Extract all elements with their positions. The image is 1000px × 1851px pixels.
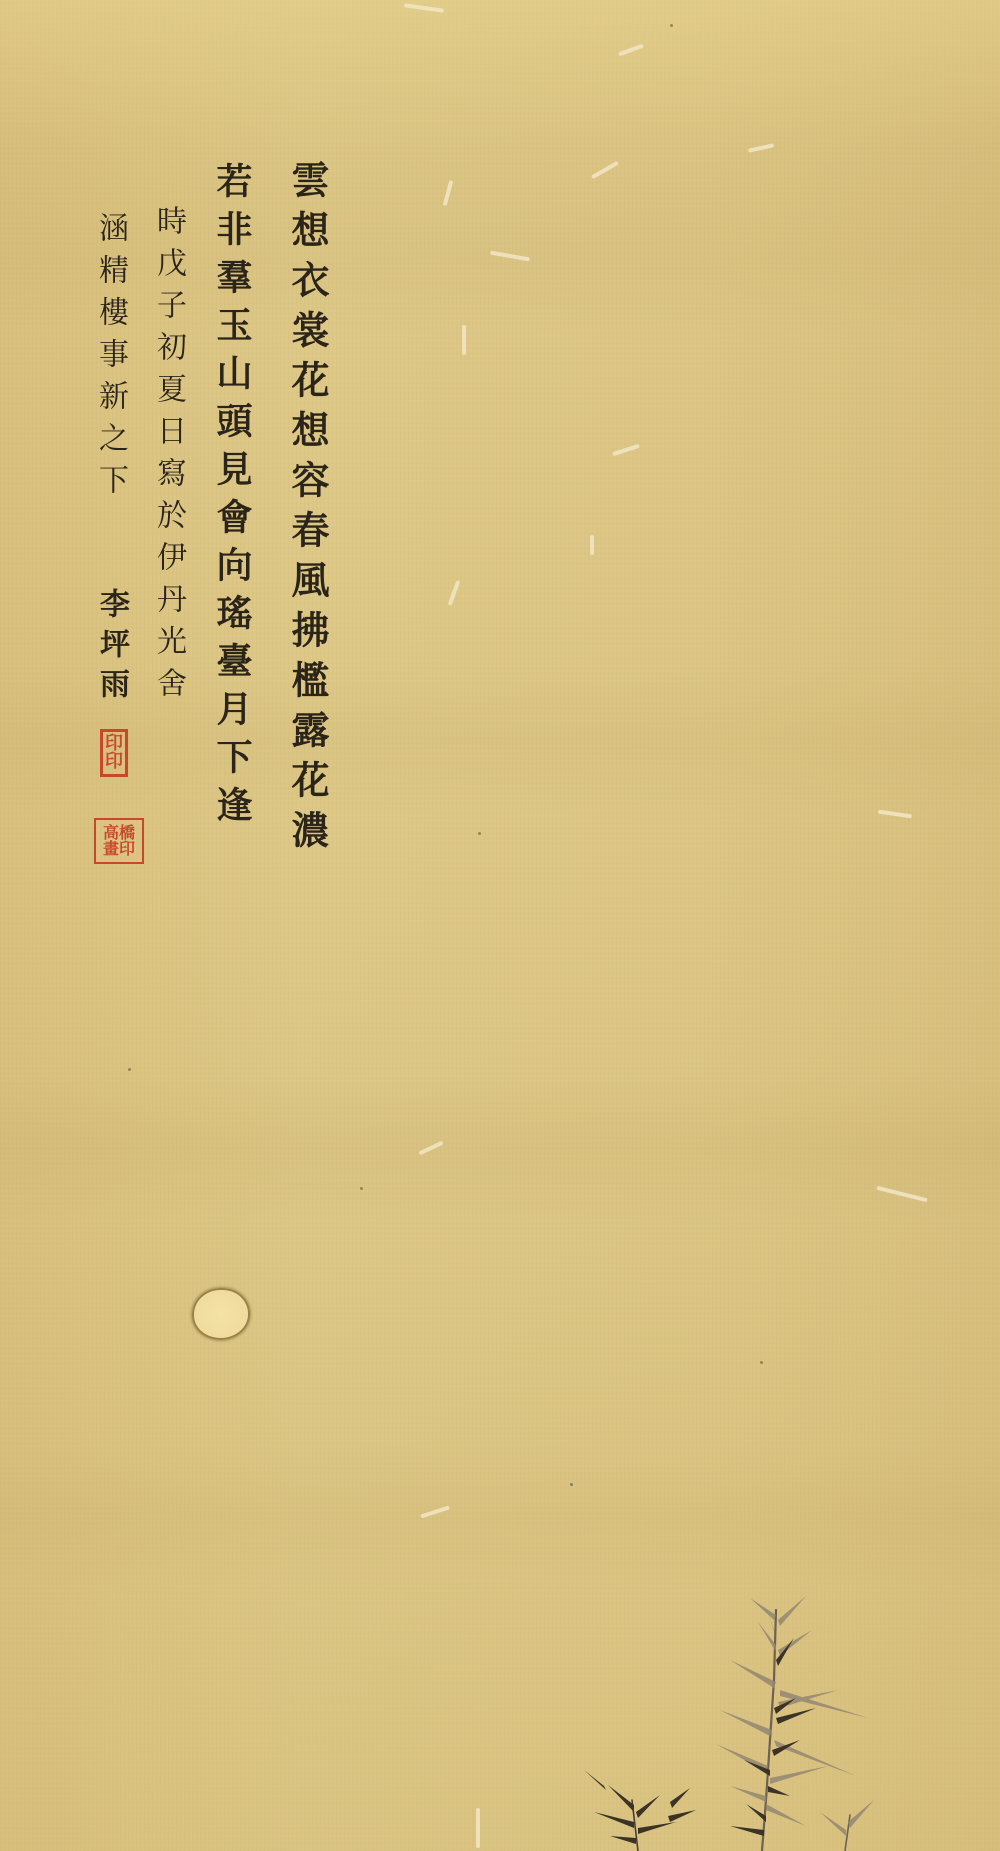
seal-bottom: 高橋畫印 xyxy=(94,818,144,864)
poem-column-2: 若非羣玉山頭見會向瑤臺月下逢 xyxy=(214,162,250,834)
seal-top: 印印 xyxy=(100,729,128,777)
silk-tonal-bands xyxy=(0,0,1000,1851)
date-column: 時戊子初夏日寫於伊丹光舍 xyxy=(153,205,183,709)
moon xyxy=(192,1288,250,1340)
poem-column-1: 雲想衣裳花想容春風拂檻露花濃 xyxy=(288,160,326,860)
signature-column: 涵精樓事新之下 xyxy=(95,212,125,506)
bamboo-icon xyxy=(580,1590,900,1851)
signature-name: 李坪雨 xyxy=(96,588,126,708)
